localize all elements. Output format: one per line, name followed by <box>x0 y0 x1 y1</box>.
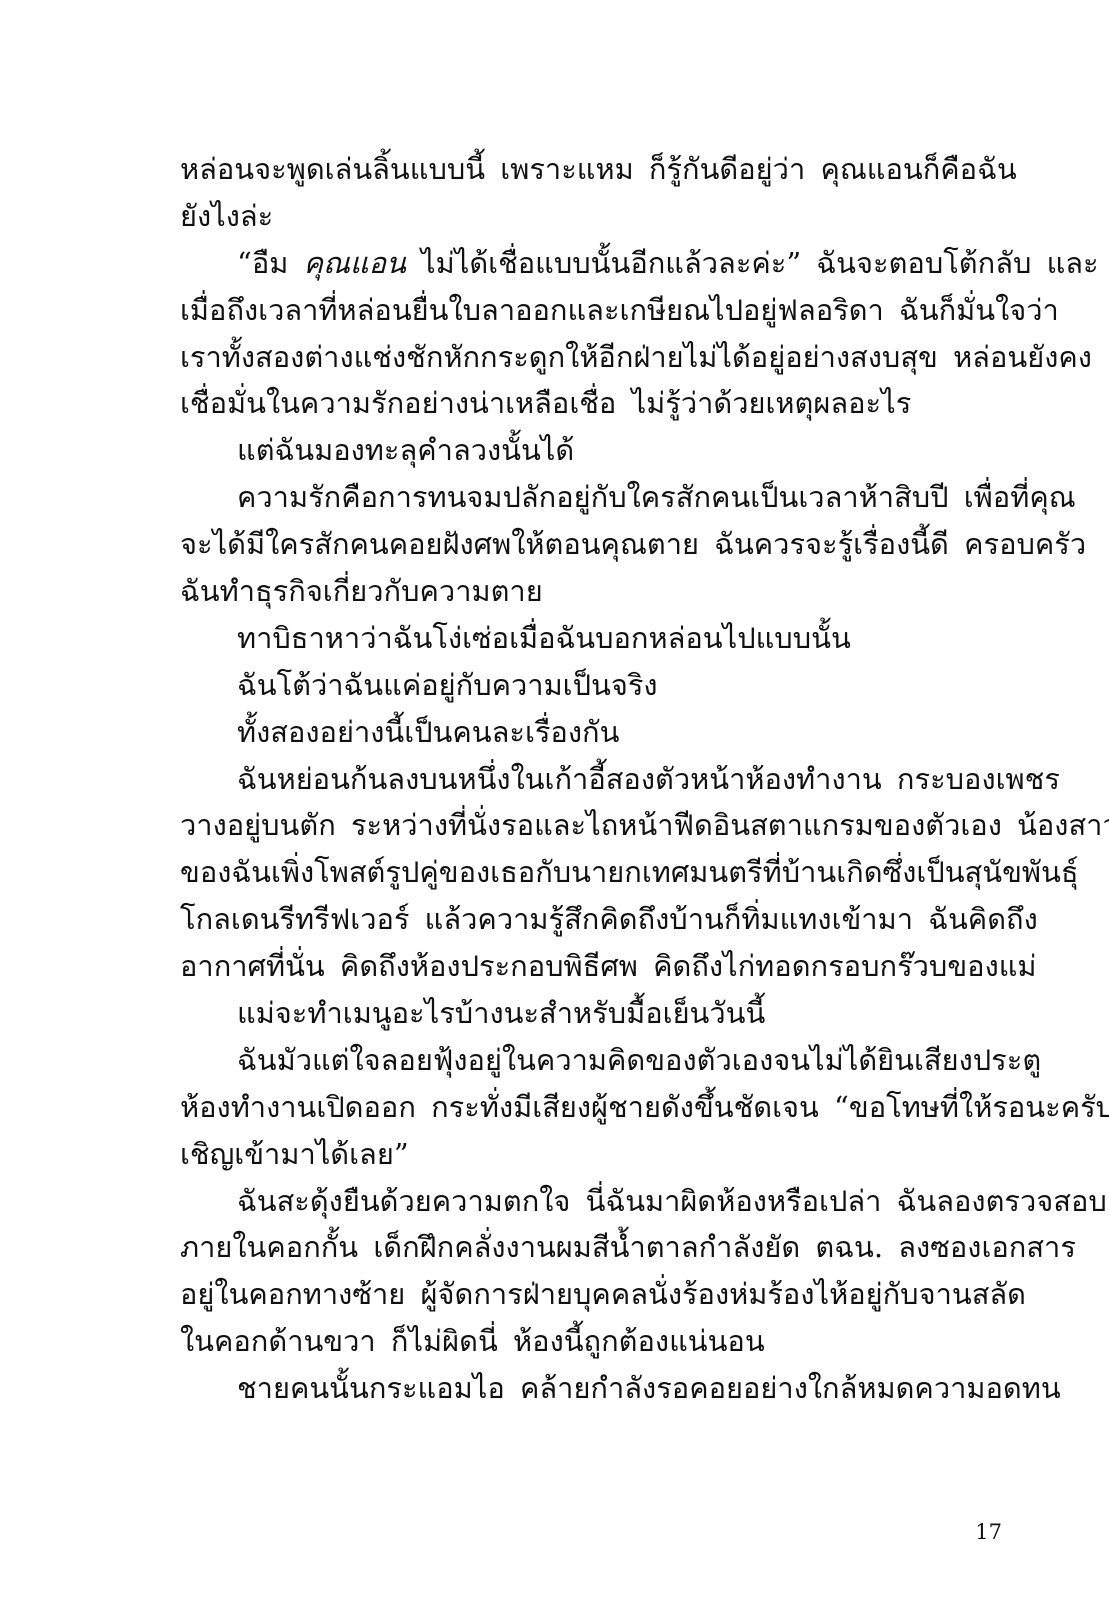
text-line: เชื่อมั่นในความรักอย่างน่าเหลือเชื่อ ไม่… <box>180 380 992 427</box>
text-line: แม่จะทำเมนูอะไรบ้างนะสำหรับมื้อเย็นวันนี… <box>180 990 992 1037</box>
text-line: ภายในคอกกั้น เด็กฝึกคลั่งงานผมสีน้ำตาลกำ… <box>180 1224 992 1271</box>
text-line: ยังไงล่ะ <box>180 193 992 240</box>
text-line: ชายคนนั้นกระแอมไอ คล้ายกำลังรอคอยอย่างใก… <box>180 1365 992 1412</box>
text-segment: ฉันสะดุ้งยืนด้วยความตกใจ นี่ฉันมาผิดห้อง… <box>237 1184 1107 1218</box>
text-segment: เชื่อมั่นในความรักอย่างน่าเหลือเชื่อ ไม่… <box>180 386 911 420</box>
text-line: จะได้มีใครสักคนคอยฝังศพให้ตอนคุณตาย ฉันค… <box>180 521 992 568</box>
text-segment: ไม่ได้เชื่อแบบนั้นอีกแล้วละค่ะ” ฉันจะตอบ… <box>406 246 1099 280</box>
text-line: เมื่อถึงเวลาที่หล่อนยื่นใบลาออกและเกษียณ… <box>180 287 992 334</box>
text-line: ของฉันเพิ่งโพสต์รูปคู่ของเธอกับนายกเทศมน… <box>180 849 992 896</box>
text-line: อากาศที่นั่น คิดถึงห้องประกอบพิธีศพ คิดถ… <box>180 943 992 990</box>
text-segment: ชายคนนั้นกระแอมไอ คล้ายกำลังรอคอยอย่างใก… <box>237 1371 1061 1405</box>
text-line: อยู่ในคอกทางซ้าย ผู้จัดการฝ่ายบุคคลนั่งร… <box>180 1271 992 1318</box>
text-line: แต่ฉันมองทะลุคำลวงนั้นได้ <box>180 427 992 474</box>
text-segment: ของฉันเพิ่งโพสต์รูปคู่ของเธอกับนายกเทศมน… <box>180 855 1079 889</box>
text-segment: “อืม <box>237 246 304 280</box>
text-line: วางอยู่บนตัก ระหว่างที่นั่งรอและไถหน้าฟี… <box>180 802 992 849</box>
text-segment: ฉันทำธุรกิจเกี่ยวกับความตาย <box>180 574 543 608</box>
text-line: หล่อนจะพูดเล่นลิ้นแบบนี้ เพราะแหม ก็รู้ก… <box>180 146 992 193</box>
text-segment: ภายในคอกกั้น เด็กฝึกคลั่งงานผมสีน้ำตาลกำ… <box>180 1230 1076 1264</box>
text-line: โกลเดนรีทรีฟเวอร์ แล้วความรู้สึกคิดถึงบ้… <box>180 896 992 943</box>
text-segment: ห้องทำงานเปิดออก กระทั่งมีเสียงผู้ชายดัง… <box>180 1090 1109 1124</box>
text-segment: วางอยู่บนตัก ระหว่างที่นั่งรอและไถหน้าฟี… <box>180 808 1109 842</box>
book-page: หล่อนจะพูดเล่นลิ้นแบบนี้ เพราะแหม ก็รู้ก… <box>0 0 1109 1621</box>
text-segment: เมื่อถึงเวลาที่หล่อนยื่นใบลาออกและเกษียณ… <box>180 293 1059 327</box>
text-line: ทั้งสองอย่างนี้เป็นคนละเรื่องกัน <box>180 709 992 756</box>
text-segment: ฉันหย่อนก้นลงบนหนึ่งในเก้าอี้สองตัวหน้าห… <box>237 762 1060 796</box>
text-segment: เชิญเข้ามาได้เลย” <box>180 1137 409 1171</box>
text-line: ความรักคือการทนจมปลักอยู่กับใครสักคนเป็น… <box>180 474 992 521</box>
text-segment: ฉันมัวแต่ใจลอยฟุ้งอยู่ในความคิดของตัวเอง… <box>237 1043 1041 1077</box>
text-segment: แต่ฉันมองทะลุคำลวงนั้นได้ <box>237 433 574 467</box>
text-line: ในคอกด้านขวา ก็ไม่ผิดนี่ ห้องนี้ถูกต้องแ… <box>180 1318 992 1365</box>
text-line: ฉันทำธุรกิจเกี่ยวกับความตาย <box>180 568 992 615</box>
italic-text-segment: คุณแอน <box>304 246 406 280</box>
text-line: “อืม คุณแอน ไม่ได้เชื่อแบบนั้นอีกแล้วละค… <box>180 240 992 287</box>
text-segment: ทาบิธาหาว่าฉันโง่เซ่อเมื่อฉันบอกหล่อนไปแ… <box>237 621 851 655</box>
text-segment: ในคอกด้านขวา ก็ไม่ผิดนี่ ห้องนี้ถูกต้องแ… <box>180 1324 765 1358</box>
text-segment: จะได้มีใครสักคนคอยฝังศพให้ตอนคุณตาย ฉันค… <box>180 527 1086 561</box>
text-line: เชิญเข้ามาได้เลย” <box>180 1131 992 1178</box>
text-segment: ความรักคือการทนจมปลักอยู่กับใครสักคนเป็น… <box>237 480 1076 514</box>
text-segment: หล่อนจะพูดเล่นลิ้นแบบนี้ เพราะแหม ก็รู้ก… <box>180 152 1017 186</box>
text-segment: อยู่ในคอกทางซ้าย ผู้จัดการฝ่ายบุคคลนั่งร… <box>180 1277 1026 1311</box>
text-segment: อากาศที่นั่น คิดถึงห้องประกอบพิธีศพ คิดถ… <box>180 949 1037 983</box>
text-line: ฉันมัวแต่ใจลอยฟุ้งอยู่ในความคิดของตัวเอง… <box>180 1037 992 1084</box>
text-segment: โกลเดนรีทรีฟเวอร์ แล้วความรู้สึกคิดถึงบ้… <box>180 902 1038 936</box>
text-line: ฉันสะดุ้งยืนด้วยความตกใจ นี่ฉันมาผิดห้อง… <box>180 1178 992 1225</box>
text-block: หล่อนจะพูดเล่นลิ้นแบบนี้ เพราะแหม ก็รู้ก… <box>180 146 992 1412</box>
text-line: ห้องทำงานเปิดออก กระทั่งมีเสียงผู้ชายดัง… <box>180 1084 992 1131</box>
text-segment: เราทั้งสองต่างแช่งชักหักกระดูกให้อีกฝ่าย… <box>180 340 1092 374</box>
text-segment: ทั้งสองอย่างนี้เป็นคนละเรื่องกัน <box>237 715 619 749</box>
text-segment: แม่จะทำเมนูอะไรบ้างนะสำหรับมื้อเย็นวันนี… <box>237 996 765 1030</box>
text-line: ทาบิธาหาว่าฉันโง่เซ่อเมื่อฉันบอกหล่อนไปแ… <box>180 615 992 662</box>
text-segment: ยังไงล่ะ <box>180 199 273 233</box>
text-line: ฉันหย่อนก้นลงบนหนึ่งในเก้าอี้สองตัวหน้าห… <box>180 756 992 803</box>
text-line: ฉันโต้ว่าฉันแค่อยู่กับความเป็นจริง <box>180 662 992 709</box>
text-line: เราทั้งสองต่างแช่งชักหักกระดูกให้อีกฝ่าย… <box>180 334 992 381</box>
text-segment: ฉันโต้ว่าฉันแค่อยู่กับความเป็นจริง <box>237 668 658 702</box>
page-number: 17 <box>960 1518 1002 1546</box>
